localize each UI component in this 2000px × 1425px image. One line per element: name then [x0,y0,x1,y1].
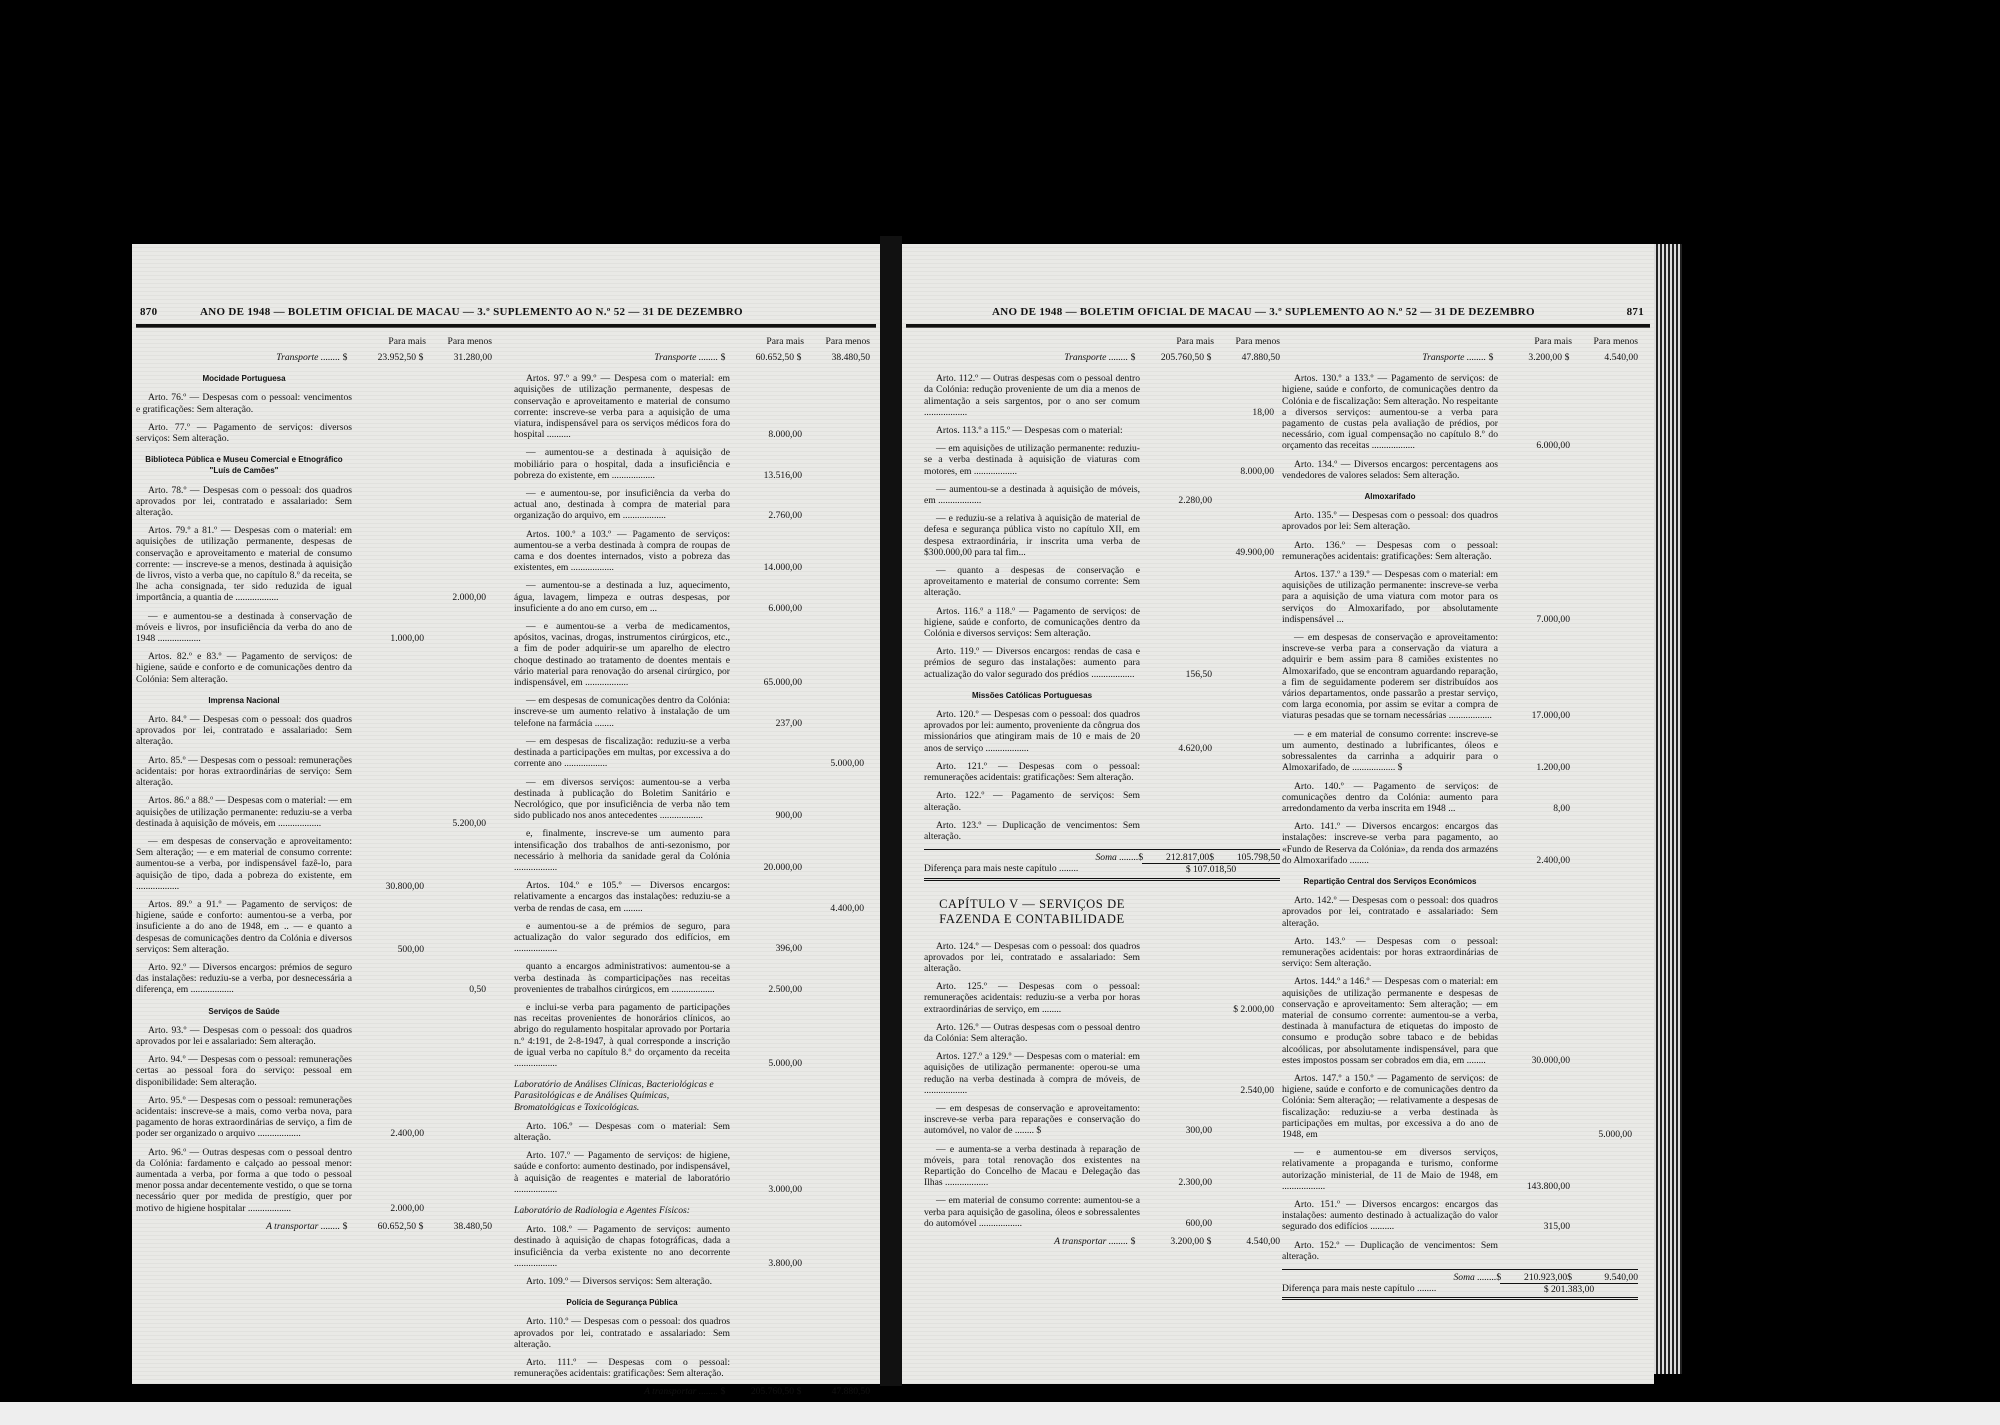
section-title: Serviços de Saúde [136,1006,352,1017]
budget-item: Arto. 122.º — Pagamento de serviços: Sem… [924,790,1140,812]
budget-item: Arto. 120.º — Despesas com o pessoal: do… [924,709,1280,754]
budget-item: Arto. 76.º — Despesas com o pessoal: ven… [136,392,352,414]
dollar-sign: $ [1204,352,1214,363]
page-number: 871 [1627,306,1644,318]
left-page: 870 ANO DE 1948 — BOLETIM OFICIAL DE MAC… [132,244,880,1384]
book-gutter [880,236,902,1386]
budget-item: Arto. 112.º — Outras despesas com o pess… [924,373,1280,418]
budget-item: e inclui-se verba para pagamento de part… [514,1002,870,1069]
amount-para-mais: 3.000,00 [740,1184,802,1195]
item-text: — em despesas de conservação e aproveita… [1282,632,1498,722]
chapter-title: CAPÍTULO V — SERVIÇOS DE FAZENDA E CONTA… [924,897,1140,927]
soma-menos: 9.540,00 [1572,1272,1638,1283]
section-title: Laboratório de Análises Clínicas, Bacter… [514,1079,730,1113]
transporte-label: Transporte ........ [276,352,340,363]
item-text: — e aumentou-se em diversos serviços, re… [1282,1147,1498,1192]
dollar-sign: $ [718,352,728,363]
section-title: Laboratório de Radiologia e Agentes Físi… [514,1205,730,1216]
transporte-menos: 31.280,00 [426,352,492,363]
budget-item: Arto. 96.º — Outras despesas com o pesso… [136,1147,492,1214]
section-title: Almoxarifado [1282,491,1498,502]
item-text: e, finalmente, inscreve-se um aumento pa… [514,828,730,873]
item-text: Artos. 97.º a 99.º — Despesa com o mater… [514,373,730,440]
amount-para-mais: 600,00 [1150,1218,1212,1229]
budget-item: Arto. 119.º — Diversos encargos: rendas … [924,646,1280,680]
budget-item: Arto. 107.º — Pagamento de serviços: de … [514,1150,870,1195]
a-transportar: A transportar ........$3.200,00$4.540,00 [924,1236,1280,1247]
budget-item: Artos. 79.º a 81.º — Despesas com o mate… [136,525,492,603]
dollar-sign: $ [1486,352,1496,363]
item-text: — em despesas de conservação e aproveita… [136,836,352,892]
a-transportar-menos: 47.880,50 [804,1386,870,1397]
budget-item: Arto. 151.º — Diversos encargos: encargo… [1282,1199,1638,1233]
item-text: — em despesas de comunicações dentro da … [514,695,730,729]
diferenca-value: $ 107.018,50 [1142,863,1280,875]
amount-para-mais: 1.000,00 [362,633,424,644]
item-text: — e em material de consumo corrente: ins… [1282,729,1498,774]
budget-item: — em despesas de conservação e aproveita… [136,836,492,892]
budget-item: Artos. 86.º a 88.º — Despesas com o mate… [136,795,492,829]
amount-para-mais: 6.000,00 [740,603,802,614]
amount-para-mais: 143.800,00 [1508,1181,1570,1192]
transporte-mais: 3.200,00 [1496,352,1562,363]
section-title: Mocidade Portuguesa [136,373,352,384]
amount-para-mais: 13.516,00 [740,470,802,481]
budget-item: Arto. 126.º — Outras despesas com o pess… [924,1022,1140,1044]
budget-item: — em diversos serviços: aumentou-se a ve… [514,777,870,822]
item-text: Artos. 86.º a 88.º — Despesas com o mate… [136,795,352,829]
left-page-column-2: Para maisPara menosTransporte ........$6… [514,336,870,1408]
amount-para-menos: 2.540,00 [1212,1085,1274,1096]
budget-item: Arto. 93.º — Despesas com o pessoal: dos… [136,1025,352,1047]
diferenca-row: Diferença para mais neste capítulo .....… [924,863,1280,880]
budget-item: Arto. 85.º — Despesas com o pessoal: rem… [136,755,352,789]
amount-para-mais: 900,00 [740,810,802,821]
transporte-label: Transporte ........ [654,352,718,363]
item-text: — aumentou-se a destinada à aquisição de… [924,484,1140,506]
amount-para-mais: 5.000,00 [740,1058,802,1069]
dollar-sign: $ [794,1386,804,1397]
amount-para-mais: 300,00 [1150,1125,1212,1136]
header-rule [906,324,1650,328]
diferenca-value: $ 201.383,00 [1500,1283,1638,1295]
transporte-mais: 60.652,50 [728,352,794,363]
dollar-sign: $ [340,352,350,363]
budget-item: Arto. 109.º — Diversos serviços: Sem alt… [514,1276,730,1287]
page-header: ANO DE 1948 — BOLETIM OFICIAL DE MACAU —… [906,306,1650,324]
budget-item: Artos. 116.º a 118.º — Pagamento de serv… [924,606,1140,640]
budget-item: Arto. 123.º — Duplicação de vencimentos:… [924,820,1140,842]
a-transportar-mais: 3.200,00 [1138,1236,1204,1247]
page-number: 870 [140,306,157,318]
item-text: — em despesas de fiscalização: reduziu-s… [514,736,730,770]
budget-item: Arto. 108.º — Pagamento de serviços: aum… [514,1224,870,1269]
amount-para-mais: 2.000,00 [362,1203,424,1214]
section-title: Biblioteca Pública e Museu Comercial e E… [136,454,352,476]
header-para-mais: Para mais [748,336,804,349]
transporte-label: Transporte ........ [1064,352,1128,363]
soma-row: Soma ........ $ 210.923,00 $ 9.540,00 [1282,1269,1638,1283]
budget-item: — e reduziu-se a relativa à aquisição de… [924,513,1280,558]
right-page-column-2: Para maisPara menosTransporte ........$3… [1282,336,1638,1300]
item-text: — em material de consumo corrente: aumen… [924,1195,1140,1229]
amount-para-menos: 5.000,00 [1570,1129,1632,1140]
item-text: Arto. 119.º — Diversos encargos: rendas … [924,646,1140,680]
header-para-mais: Para mais [1516,336,1572,349]
budget-item: Arto. 110.º — Despesas com o pessoal: do… [514,1316,730,1350]
amount-para-mais: 396,00 [740,943,802,954]
amount-para-mais: 156,50 [1150,669,1212,680]
soma-mais: 210.923,00 [1501,1272,1567,1283]
soma-label: Soma ........ [1454,1272,1497,1283]
amount-para-mais: 1.200,00 [1508,762,1570,773]
header-para-menos: Para menos [1224,336,1280,349]
soma-row: Soma ........ $ 212.817,00 $ 105.798,50 [924,849,1280,863]
dollar-sign: $ [416,352,426,363]
diferenca-row: Diferença para mais neste capítulo .....… [1282,1283,1638,1300]
budget-item: Artos. 82.º e 83.º — Pagamento de serviç… [136,651,352,685]
header-para-menos: Para menos [814,336,870,349]
a-transportar-mais: 60.652,50 [350,1221,416,1232]
left-page-column-1: Para maisPara menosTransporte ........$2… [136,336,492,1242]
amount-para-mais: 2.280,00 [1150,495,1212,506]
amount-para-mais: 315,00 [1508,1221,1570,1232]
section-title: Repartição Central dos Serviços Económic… [1282,876,1498,887]
budget-item: — em material de consumo corrente: aumen… [924,1195,1280,1229]
dollar-sign: $ [718,1386,728,1397]
header-para-menos: Para menos [1582,336,1638,349]
a-transportar-label: A transportar ........ [266,1221,340,1232]
budget-item: Arto. 152.º — Duplicação de vencimentos:… [1282,1240,1498,1262]
a-transportar-menos: 38.480,50 [426,1221,492,1232]
item-text: Arto. 96.º — Outras despesas com o pesso… [136,1147,352,1214]
amount-para-mais: 2.760,00 [740,510,802,521]
budget-item: — e aumenta-se a verba destinada à repar… [924,1144,1280,1189]
budget-item: quanto a encargos administrativos: aumen… [514,961,870,995]
amount-para-mais: 8,00 [1508,803,1570,814]
transporte: Transporte ........$23.952,50$31.280,00 [136,352,492,363]
dollar-sign: $ [794,352,804,363]
header-para-mais: Para mais [1158,336,1214,349]
item-text: Artos. 137.º a 139.º — Despesas com o ma… [1282,569,1498,625]
budget-item: — em despesas de conservação e aproveita… [1282,632,1638,722]
header-title: ANO DE 1948 — BOLETIM OFICIAL DE MACAU —… [200,306,743,318]
budget-item: Artos. 147.º a 150.º — Pagamento de serv… [1282,1073,1638,1140]
column-headers: Para maisPara menos [136,336,492,349]
budget-item: — quanto a despesas de conservação e apr… [924,565,1140,599]
item-text: — aumentou-se a destinada a luz, aquecim… [514,580,730,614]
item-text: — em despesas de conservação e aproveita… [924,1103,1140,1137]
amount-para-mais: 8.000,00 [740,429,802,440]
amount-para-mais: 65.000,00 [740,677,802,688]
budget-item: Artos. 144.º a 146.º — Despesas com o ma… [1282,976,1638,1066]
budget-item: Arto. 125.º — Despesas com o pessoal: re… [924,981,1280,1015]
right-page-column-1: Para maisPara menosTransporte ........$2… [924,336,1280,1257]
budget-item: Artos. 100.º a 103.º — Pagamento de serv… [514,529,870,574]
budget-item: Arto. 94.º — Despesas com o pessoal: rem… [136,1054,352,1088]
item-text: e aumentou-se a de prémios de seguro, pa… [514,921,730,955]
header-para-menos: Para menos [436,336,492,349]
transporte-mais: 23.952,50 [350,352,416,363]
item-text: Arto. 112.º — Outras despesas com o pess… [924,373,1140,418]
amount-para-mais: 237,00 [740,718,802,729]
amount-para-mais: 7.000,00 [1508,614,1570,625]
item-text: Arto. 108.º — Pagamento de serviços: aum… [514,1224,730,1269]
item-text: Arto. 95.º — Despesas com o pessoal: rem… [136,1095,352,1140]
budget-item: — e aumentou-se, por insuficiência da ve… [514,488,870,522]
item-text: — em aquisições de utilização permanente… [924,443,1140,477]
item-text: Artos. 130.º a 133.º — Pagamento de serv… [1282,373,1498,451]
item-text: — e aumentou-se a destinada à conservaçã… [136,611,352,645]
budget-item: Arto. 140.º — Pagamento de serviços: de … [1282,781,1638,815]
budget-item: Arto. 143.º — Despesas com o pessoal: re… [1282,936,1498,970]
item-text: Artos. 89.º a 91.º — Pagamento de serviç… [136,899,352,955]
soma-menos: 105.798,50 [1214,852,1280,863]
transporte-mais: 205.760,50 [1138,352,1204,363]
amount-para-mais: 2.500,00 [740,984,802,995]
a-transportar: A transportar ........$205.760,50$47.880… [514,1386,870,1397]
item-text: Artos. 104.º e 105.º — Diversos encargos… [514,880,730,914]
item-text: Arto. 140.º — Pagamento de serviços: de … [1282,781,1498,815]
scanner-bottom-strip [0,1402,2000,1425]
amount-para-mais: 30.800,00 [362,881,424,892]
budget-item: e aumentou-se a de prémios de seguro, pa… [514,921,870,955]
budget-item: Arto. 95.º — Despesas com o pessoal: rem… [136,1095,492,1140]
column-headers: Para maisPara menos [1282,336,1638,349]
item-text: e inclui-se verba para pagamento de part… [514,1002,730,1069]
item-text: Artos. 144.º a 146.º — Despesas com o ma… [1282,976,1498,1066]
dollar-sign: $ [1128,1236,1138,1247]
amount-para-mais: 30.000,00 [1508,1055,1570,1066]
transporte: Transporte ........$3.200,00$4.540,00 [1282,352,1638,363]
budget-item: Arto. 111.º — Despesas com o pessoal: re… [514,1357,730,1379]
item-text: Arto. 92.º — Diversos encargos: prémios … [136,962,352,996]
transporte-menos: 38.480,50 [804,352,870,363]
amount-para-menos: 5.200,00 [424,818,486,829]
budget-item: — e em material de consumo corrente: ins… [1282,729,1638,774]
budget-item: Arto. 142.º — Despesas com o pessoal: do… [1282,895,1498,929]
transporte: Transporte ........$60.652,50$38.480,50 [514,352,870,363]
budget-item: Arto. 135.º — Despesas com o pessoal: do… [1282,510,1498,532]
amount-para-mais: 17.000,00 [1508,710,1570,721]
a-transportar-mais: 205.760,50 [728,1386,794,1397]
dollar-sign: $ [416,1221,426,1232]
item-text: — em diversos serviços: aumentou-se a ve… [514,777,730,822]
section-title: Imprensa Nacional [136,695,352,706]
right-page: ANO DE 1948 — BOLETIM OFICIAL DE MACAU —… [902,244,1654,1384]
a-transportar-label: A transportar ........ [644,1386,718,1397]
budget-item: Arto. 92.º — Diversos encargos: prémios … [136,962,492,996]
amount-para-menos: 49.900,00 [1212,547,1274,558]
amount-para-mais: 6.000,00 [1508,440,1570,451]
item-text: Artos. 79.º a 81.º — Despesas com o mate… [136,525,352,603]
budget-item: — aumentou-se a destinada a luz, aquecim… [514,580,870,614]
budget-item: Artos. 104.º e 105.º — Diversos encargos… [514,880,870,914]
budget-item: Arto. 84.º — Despesas com o pessoal: dos… [136,714,352,748]
item-text: Artos. 127.º a 129.º — Despesas com o ma… [924,1051,1140,1096]
amount-para-menos: 2.000,00 [424,592,486,603]
transporte-menos: 4.540,00 [1572,352,1638,363]
amount-para-menos: 8.000,00 [1212,466,1274,477]
transporte-label: Transporte ........ [1422,352,1486,363]
budget-item: — em despesas de conservação e aproveita… [924,1103,1280,1137]
budget-item: Arto. 121.º — Despesas com o pessoal: re… [924,761,1140,783]
amount-para-mais: 3.800,00 [740,1258,802,1269]
budget-item: Arto. 77.º — Pagamento de serviços: dive… [136,422,352,444]
dollar-sign: $ [1128,352,1138,363]
budget-item: Artos. 127.º a 129.º — Despesas com o ma… [924,1051,1280,1096]
diferenca-label: Diferença para mais neste capítulo .....… [924,863,1142,875]
a-transportar: A transportar ........$60.652,50$38.480,… [136,1221,492,1232]
section-title: Missões Católicas Portuguesas [924,690,1140,701]
page-edges [1654,244,1682,1374]
column-headers: Para maisPara menos [924,336,1280,349]
amount-para-menos: 0,50 [424,984,486,995]
a-transportar-menos: 4.540,00 [1214,1236,1280,1247]
transporte: Transporte ........$205.760,50$47.880,50 [924,352,1280,363]
item-text: Arto. 151.º — Diversos encargos: encargo… [1282,1199,1498,1233]
item-text: — aumentou-se a destinada à aquisição de… [514,447,730,481]
budget-item: Artos. 137.º a 139.º — Despesas com o ma… [1282,569,1638,625]
budget-item: Artos. 130.º a 133.º — Pagamento de serv… [1282,373,1638,451]
amount-para-menos: 4.400,00 [802,903,864,914]
budget-item: Arto. 106.º — Despesas com o material: S… [514,1121,730,1143]
budget-item: — em despesas de fiscalização: reduziu-s… [514,736,870,770]
column-headers: Para maisPara menos [514,336,870,349]
budget-item: — e aumentou-se a verba de medicamentos,… [514,621,870,688]
item-text: Arto. 141.º — Diversos encargos: encargo… [1282,821,1498,866]
item-text: Arto. 125.º — Despesas com o pessoal: re… [924,981,1140,1015]
amount-para-mais: 4.620,00 [1150,743,1212,754]
budget-item: — em despesas de comunicações dentro da … [514,695,870,729]
budget-item: Arto. 134.º — Diversos encargos: percent… [1282,459,1498,481]
item-text: — e aumentou-se, por insuficiência da ve… [514,488,730,522]
dollar-sign: $ [1204,1236,1214,1247]
amount-para-menos: 18,00 [1212,407,1274,418]
budget-item: Arto. 136.º — Despesas com o pessoal: re… [1282,540,1498,562]
soma-label: Soma ........ [1096,852,1139,863]
amount-para-menos: $ 2.000,00 [1212,1004,1274,1015]
budget-item: — e aumentou-se a destinada à conservaçã… [136,611,492,645]
item-text: Arto. 120.º — Despesas com o pessoal: do… [924,709,1140,754]
item-text: Arto. 107.º — Pagamento de serviços: de … [514,1150,730,1195]
budget-item: Arto. 124.º — Despesas com o pessoal: do… [924,941,1140,975]
amount-para-mais: 14.000,00 [740,562,802,573]
header-rule [136,324,876,328]
item-text: — e aumenta-se a verba destinada à repar… [924,1144,1140,1189]
budget-item: — em aquisições de utilização permanente… [924,443,1280,477]
a-transportar-label: A transportar ........ [1054,1236,1128,1247]
amount-para-mais: 2.300,00 [1150,1177,1212,1188]
item-text: Artos. 147.º a 150.º — Pagamento de serv… [1282,1073,1498,1140]
transporte-menos: 47.880,50 [1214,352,1280,363]
amount-para-menos: 5.000,00 [802,758,864,769]
amount-para-mais: 500,00 [362,944,424,955]
item-text: — e reduziu-se a relativa à aquisição de… [924,513,1140,558]
budget-item: Artos. 89.º a 91.º — Pagamento de serviç… [136,899,492,955]
budget-item: e, finalmente, inscreve-se um aumento pa… [514,828,870,873]
budget-item: Artos. 113.º a 115.º — Despesas com o ma… [924,425,1140,436]
budget-item: Artos. 97.º a 99.º — Despesa com o mater… [514,373,870,440]
budget-item: — e aumentou-se em diversos serviços, re… [1282,1147,1638,1192]
header-title: ANO DE 1948 — BOLETIM OFICIAL DE MACAU —… [992,306,1535,318]
budget-item: — aumentou-se a destinada à aquisição de… [924,484,1280,506]
amount-para-mais: 2.400,00 [1508,855,1570,866]
amount-para-mais: 2.400,00 [362,1128,424,1139]
soma-mais: 212.817,00 [1143,852,1209,863]
budget-item: Arto. 141.º — Diversos encargos: encargo… [1282,821,1638,866]
amount-para-mais: 20.000,00 [740,862,802,873]
section-title: Polícia de Segurança Pública [514,1297,730,1308]
budget-item: Arto. 78.º — Despesas com o pessoal: dos… [136,485,352,519]
item-text: quanto a encargos administrativos: aumen… [514,961,730,995]
dollar-sign: $ [1562,352,1572,363]
diferenca-label: Diferença para mais neste capítulo .....… [1282,1283,1500,1295]
page-header: 870 ANO DE 1948 — BOLETIM OFICIAL DE MAC… [136,306,876,324]
header-para-mais: Para mais [370,336,426,349]
item-text: — e aumentou-se a verba de medicamentos,… [514,621,730,688]
dollar-sign: $ [340,1221,350,1232]
item-text: Artos. 100.º a 103.º — Pagamento de serv… [514,529,730,574]
budget-item: — aumentou-se a destinada à aquisição de… [514,447,870,481]
